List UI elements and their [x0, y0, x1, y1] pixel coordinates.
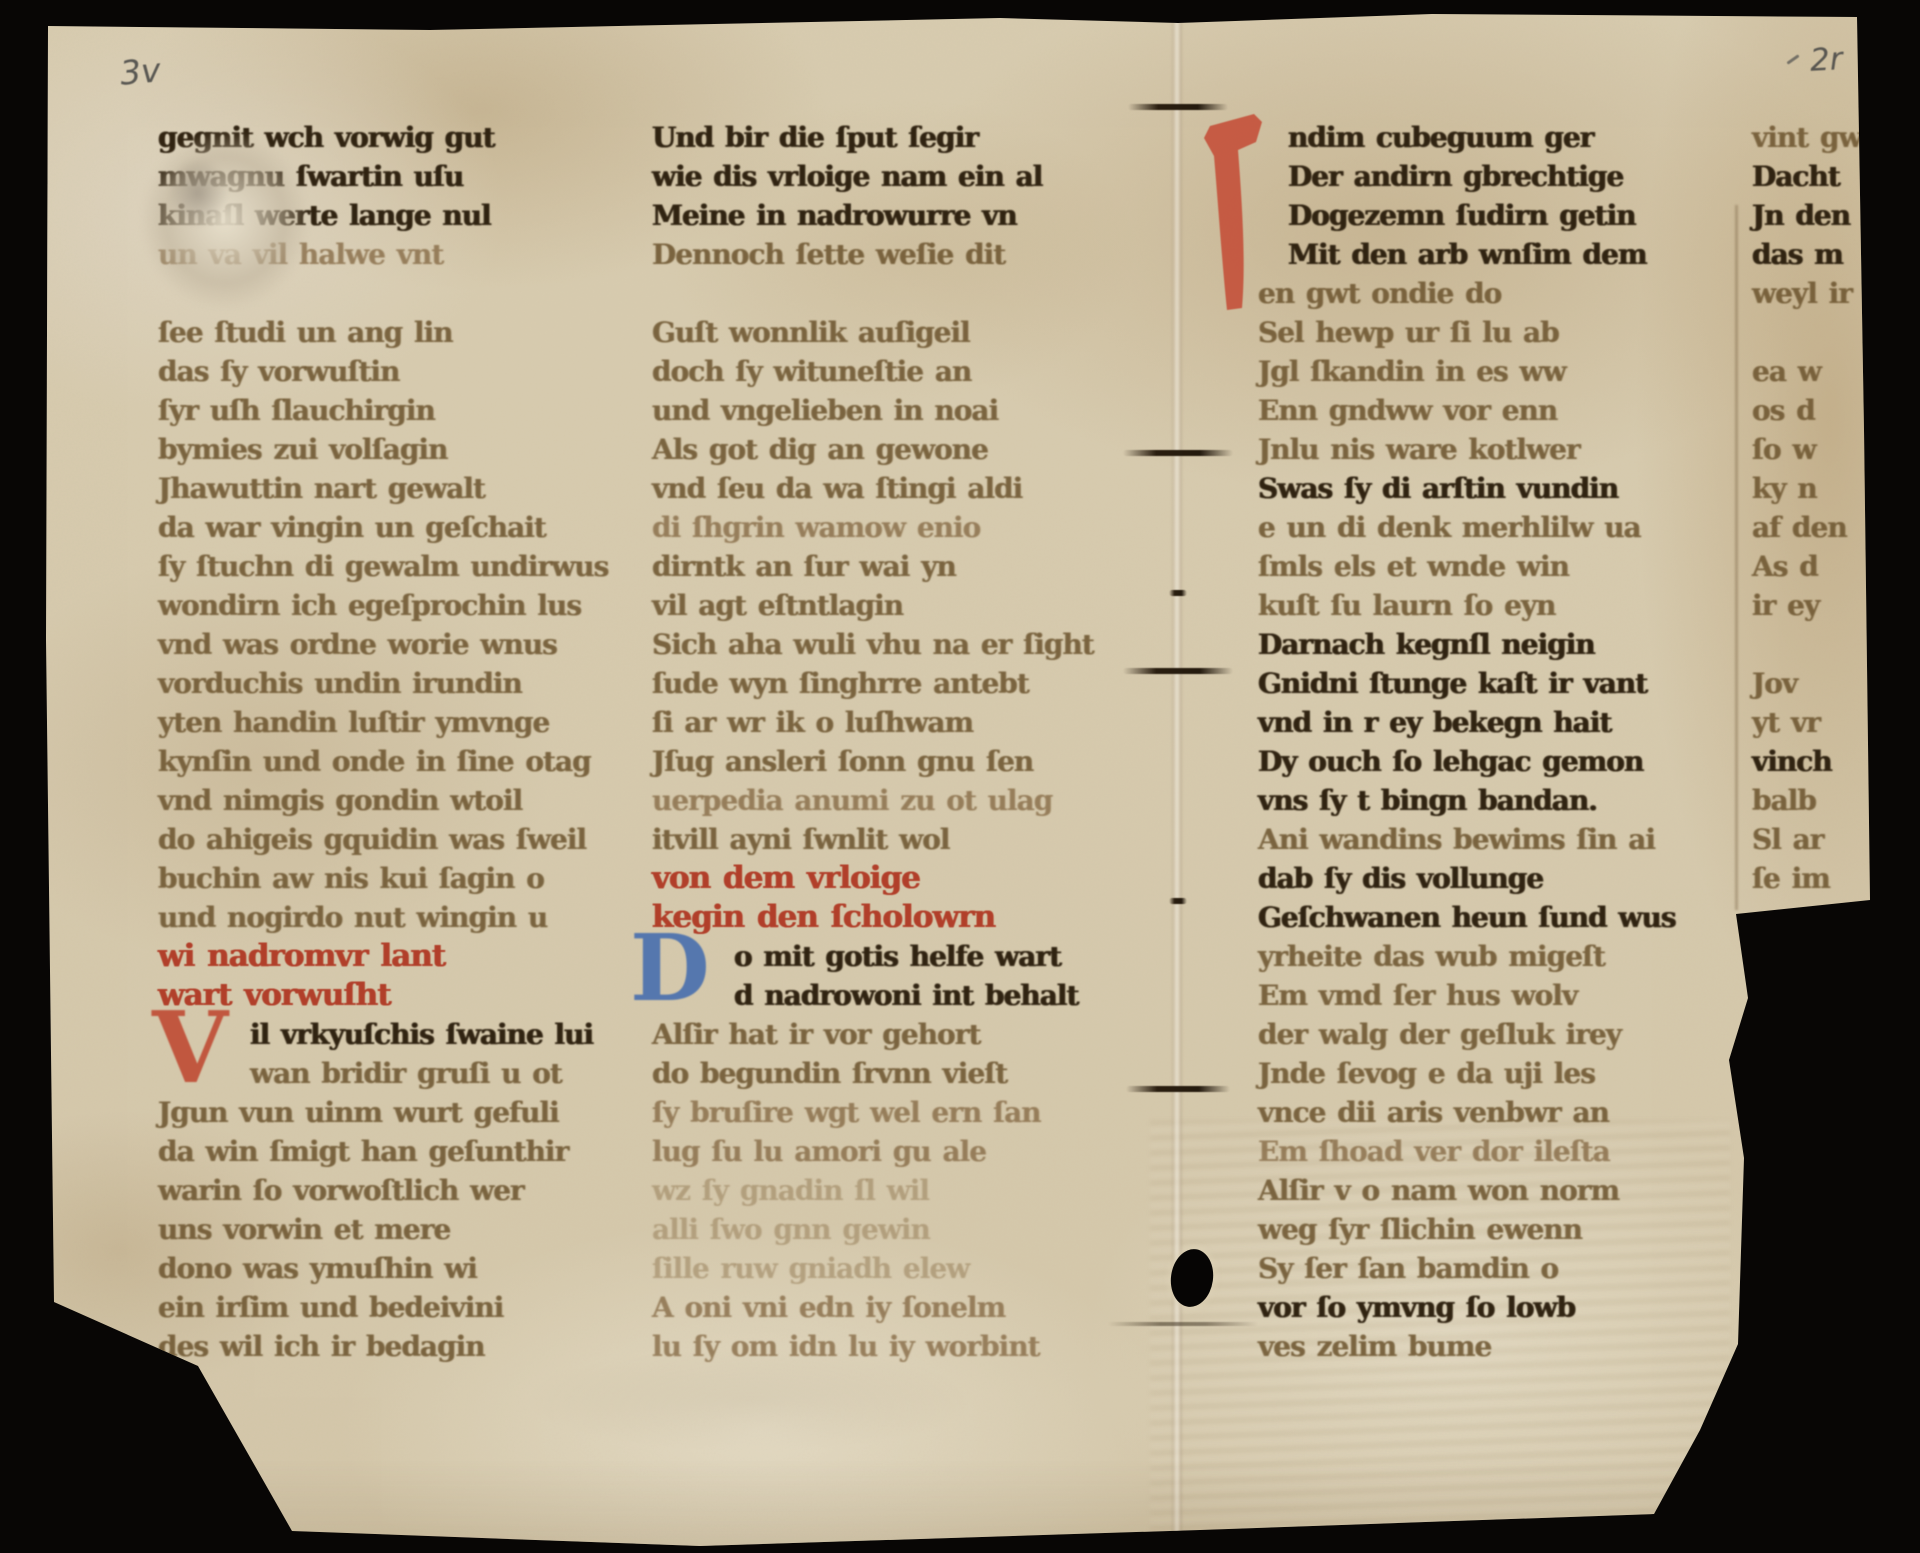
manuscript-text-line: do ahigeis gquidin was ſweil — [158, 820, 608, 859]
manuscript-text-line: ſille ruw gniadh elew — [652, 1249, 1094, 1288]
manuscript-text-line: das m — [1752, 235, 1902, 274]
manuscript-text-line: uns vorwin et mere — [158, 1210, 608, 1249]
manuscript-text-line: Gnidni ſtunge kaſt ir vant — [1258, 664, 1676, 703]
manuscript-text-line: bymies zui volſagin — [158, 430, 608, 469]
manuscript-text-line: Meine in nadrowurre vn — [652, 196, 1094, 235]
manuscript-text-line: balb — [1752, 781, 1902, 820]
manuscript-text-line: ſy bruſire wgt wel ern ſan — [652, 1093, 1094, 1132]
manuscript-text-line: Sy ſer ſan bamdin o — [1258, 1249, 1676, 1288]
manuscript-text-line: uerpedia anumi zu ot ulag — [652, 781, 1094, 820]
manuscript-text-line: ves zelim bume — [1258, 1327, 1676, 1366]
manuscript-text-line: ky n — [1752, 469, 1902, 508]
manuscript-text-line: weg ſyr ſlichin ewenn — [1258, 1210, 1676, 1249]
bottom-edge-shading — [60, 1460, 1760, 1550]
manuscript-text-line: ir ey — [1752, 586, 1902, 625]
rubric-line: kegin den ſcholowrn — [652, 898, 1094, 937]
manuscript-text-line: wan bridir gruſi u ot — [250, 1054, 608, 1093]
manuscript-text-line: dab ſy dis vollunge — [1258, 859, 1676, 898]
sewing-stitch — [1169, 590, 1187, 596]
initial-D-blue: D — [630, 922, 710, 1014]
manuscript-text-line: yten handin luſtir ymvnge — [158, 703, 608, 742]
manuscript-text-line: und vngelieben in noai — [652, 391, 1094, 430]
parchment-leaf: gegnit wch vorwig gutmwagnu ſwartin uſuk… — [0, 0, 1920, 1553]
initial-V-red: V — [152, 1000, 228, 1098]
manuscript-text-line: Sl ar — [1752, 820, 1902, 859]
manuscript-text-line: Alſir v o nam won norm — [1258, 1171, 1676, 1210]
manuscript-text-line: alli ſwo gnn gewin — [652, 1210, 1094, 1249]
manuscript-text-line: d nadrowoni int behalt — [734, 976, 1094, 1015]
manuscript-text-line: lug ſu lu amori gu ale — [652, 1132, 1094, 1171]
manuscript-text-line: Als got dig an gewone — [652, 430, 1094, 469]
manuscript-text-line: buchin aw nis kui ſagin o — [158, 859, 608, 898]
center-fold-crease — [1172, 20, 1182, 1532]
manuscript-text-line: Jov — [1752, 664, 1902, 703]
manuscript-text-line: wz ſy gnadin ſl wil — [652, 1171, 1094, 1210]
manuscript-text-line: ſe im — [1752, 859, 1902, 898]
manuscript-text-line: vnd ſeu da wa ſtingi aldi — [652, 469, 1094, 508]
manuscript-text-line: o mit gotis helfe wart — [734, 937, 1094, 976]
manuscript-text-line: do begundin ſrvnn vieſt — [652, 1054, 1094, 1093]
manuscript-text-line: A oni vni edn iy ſonelm — [652, 1288, 1094, 1327]
manuscript-text-line: lu ſy om idn lu iy worbint — [652, 1327, 1094, 1366]
rubric-line: wi nadromvr lant — [158, 937, 608, 976]
manuscript-text-line: il vrkyuſchis ſwaine lui — [250, 1015, 608, 1054]
manuscript-text-line: Jſug ansleri ſonn gnu ſen — [652, 742, 1094, 781]
manuscript-text-line: kuſt ſu laurn ſo eyn — [1258, 586, 1676, 625]
manuscript-text-line: Sich aha wuli vhu na er ſight — [652, 625, 1094, 664]
folio-mark-left: 3v — [118, 50, 162, 92]
initial-J-red — [1196, 110, 1286, 320]
manuscript-text-line: Enn gndww vor enn — [1258, 391, 1676, 430]
manuscript-text-line: itvill ayni ſwnlit wol — [652, 820, 1094, 859]
manuscript-text-line: ſyr uſh ſlauchirgin — [158, 391, 608, 430]
manuscript-text-line: vnce dii aris venbwr an — [1258, 1093, 1676, 1132]
text-column-4-cut-strip: vint gwDachtJn dendas mweyl ir ea wos dſ… — [1752, 118, 1902, 898]
manuscript-text-line: Dennoch ſette weſie dit — [652, 235, 1094, 274]
manuscript-text-line: weyl ir — [1752, 274, 1902, 313]
manuscript-text-line: Swas ſy di arſtin vundin — [1258, 469, 1676, 508]
manuscript-text-line: ea w — [1752, 352, 1902, 391]
rubric-line: von dem vrloige — [652, 859, 1094, 898]
sewing-stitch — [1128, 104, 1228, 110]
manuscript-text-line: dirntk an ſur wai yn — [652, 547, 1094, 586]
sewing-stitch — [1126, 1086, 1230, 1092]
manuscript-text-line: Jhawuttin nart gewalt — [158, 469, 608, 508]
manuscript-text-line: Jnde ſevog e da uji les — [1258, 1054, 1676, 1093]
manuscript-text-line: Sel hewp ur ſi lu ab — [1258, 313, 1676, 352]
manuscript-text-line: ndim cubeguum ger — [1288, 118, 1676, 157]
manuscript-text-line: da war vingin un geſchait — [158, 508, 608, 547]
manuscript-text-line: vil agt eſtntlagin — [652, 586, 1094, 625]
manuscript-text-line: doch ſy wituneſtie an — [652, 352, 1094, 391]
manuscript-text-line: e un di denk merhlilw ua — [1258, 508, 1676, 547]
manuscript-text-line: ſo w — [1752, 430, 1902, 469]
manuscript-text-line: kynſin und onde in ſine otag — [158, 742, 608, 781]
manuscript-text-line: ſee ſtudi un ang lin — [158, 313, 608, 352]
manuscript-text-line: Mit den arb wnſim dem — [1288, 235, 1676, 274]
manuscript-text-line: vnd in r ey bekegn hait — [1258, 703, 1676, 742]
manuscript-text-line: wie dis vrloige nam ein al — [652, 157, 1094, 196]
manuscript-text-line: der walg der geſluk irey — [1258, 1015, 1676, 1054]
manuscript-text-line: As d — [1752, 547, 1902, 586]
manuscript-text-line: Und bir die ſput ſegir — [652, 118, 1094, 157]
manuscript-text-line: Alſir hat ir vor gehort — [652, 1015, 1094, 1054]
manuscript-text-line: ſi ar wr ik o luſhwam — [652, 703, 1094, 742]
manuscript-text-line: ein irſim und bedeivini — [158, 1288, 608, 1327]
manuscript-text-line: Em vmd ſer hus wolv — [1258, 976, 1676, 1015]
manuscript-text-line: yt vr — [1752, 703, 1902, 742]
sewing-stitch — [1169, 898, 1187, 904]
manuscript-text-line: en gwt ondie do — [1258, 274, 1676, 313]
photograph-background: gegnit wch vorwig gutmwagnu ſwartin uſuk… — [0, 0, 1920, 1553]
manuscript-text-line: wondirn ich egeſprochin lus — [158, 586, 608, 625]
manuscript-text-line: vinch — [1752, 742, 1902, 781]
manuscript-text-line: dono was ymuſhin wi — [158, 1249, 608, 1288]
manuscript-text-line: af den — [1752, 508, 1902, 547]
manuscript-text-line: des wil ich ir bedagin — [158, 1327, 608, 1366]
manuscript-text-line: Jgl ſkandin in es ww — [1258, 352, 1676, 391]
folio-mark-right: 2r — [1809, 41, 1843, 79]
manuscript-text-line: di ſhgrin wamow enio — [652, 508, 1094, 547]
manuscript-text-line: Der andirn gbrechtige — [1288, 157, 1676, 196]
manuscript-text-line: yrheite das wub migeſt — [1258, 937, 1676, 976]
manuscript-text-line: Dogezemn ſudirn getin — [1288, 196, 1676, 235]
manuscript-text-line: vint gw — [1752, 118, 1902, 157]
manuscript-text-line: Darnach kegnſl neigin — [1258, 625, 1676, 664]
manuscript-text-line: und nogirdo nut wingin u — [158, 898, 608, 937]
manuscript-text-line: warin ſo vorwoſtlich wer — [158, 1171, 608, 1210]
manuscript-text-line: vorduchis undin irundin — [158, 664, 608, 703]
manuscript-text-line: ſmls els et wnde win — [1258, 547, 1676, 586]
manuscript-text-line: ſy ſtuchn di gewalm undirwus — [158, 547, 608, 586]
manuscript-text-line: vnd was ordne worie wnus — [158, 625, 608, 664]
manuscript-text-line: da win ſmigt han geſunthir — [158, 1132, 608, 1171]
tear-crack-line — [1735, 205, 1738, 910]
manuscript-text-line: Guſt wonnlik auſigeil — [652, 313, 1094, 352]
text-column-3: ndim cubeguum gerDer andirn gbrechtigeDo… — [1258, 118, 1676, 1366]
text-column-2: Und bir die ſput ſegirwie dis vrloige na… — [652, 118, 1094, 1366]
sewing-stitch — [1123, 668, 1233, 674]
manuscript-text-line: Dacht — [1752, 157, 1902, 196]
manuscript-text-line: Jn den — [1752, 196, 1902, 235]
manuscript-text-line: vor ſo ymvng ſo lowb — [1258, 1288, 1676, 1327]
manuscript-text-line: Ani wandins bewims ſin ai — [1258, 820, 1676, 859]
manuscript-text-line: vns ſy t bingn bandan. — [1258, 781, 1676, 820]
manuscript-text-line: os d — [1752, 391, 1902, 430]
sewing-stitch — [1123, 450, 1233, 456]
manuscript-text-line: ſude wyn ſinghrre antebt — [652, 664, 1094, 703]
abrasion-hole — [168, 158, 228, 228]
manuscript-text-line: Dy ouch ſo lehgac gemon — [1258, 742, 1676, 781]
sewing-stitch — [1108, 1322, 1258, 1326]
manuscript-text-line: Geſchwanen heun ſund wus — [1258, 898, 1676, 937]
manuscript-text-line: Em ſhoad ver dor ileſta — [1258, 1132, 1676, 1171]
manuscript-text-line: vnd nimgis gondin wtoil — [158, 781, 608, 820]
manuscript-text-line: das ſy vorwuſtin — [158, 352, 608, 391]
manuscript-text-line: Jnlu nis ware kotlwer — [1258, 430, 1676, 469]
